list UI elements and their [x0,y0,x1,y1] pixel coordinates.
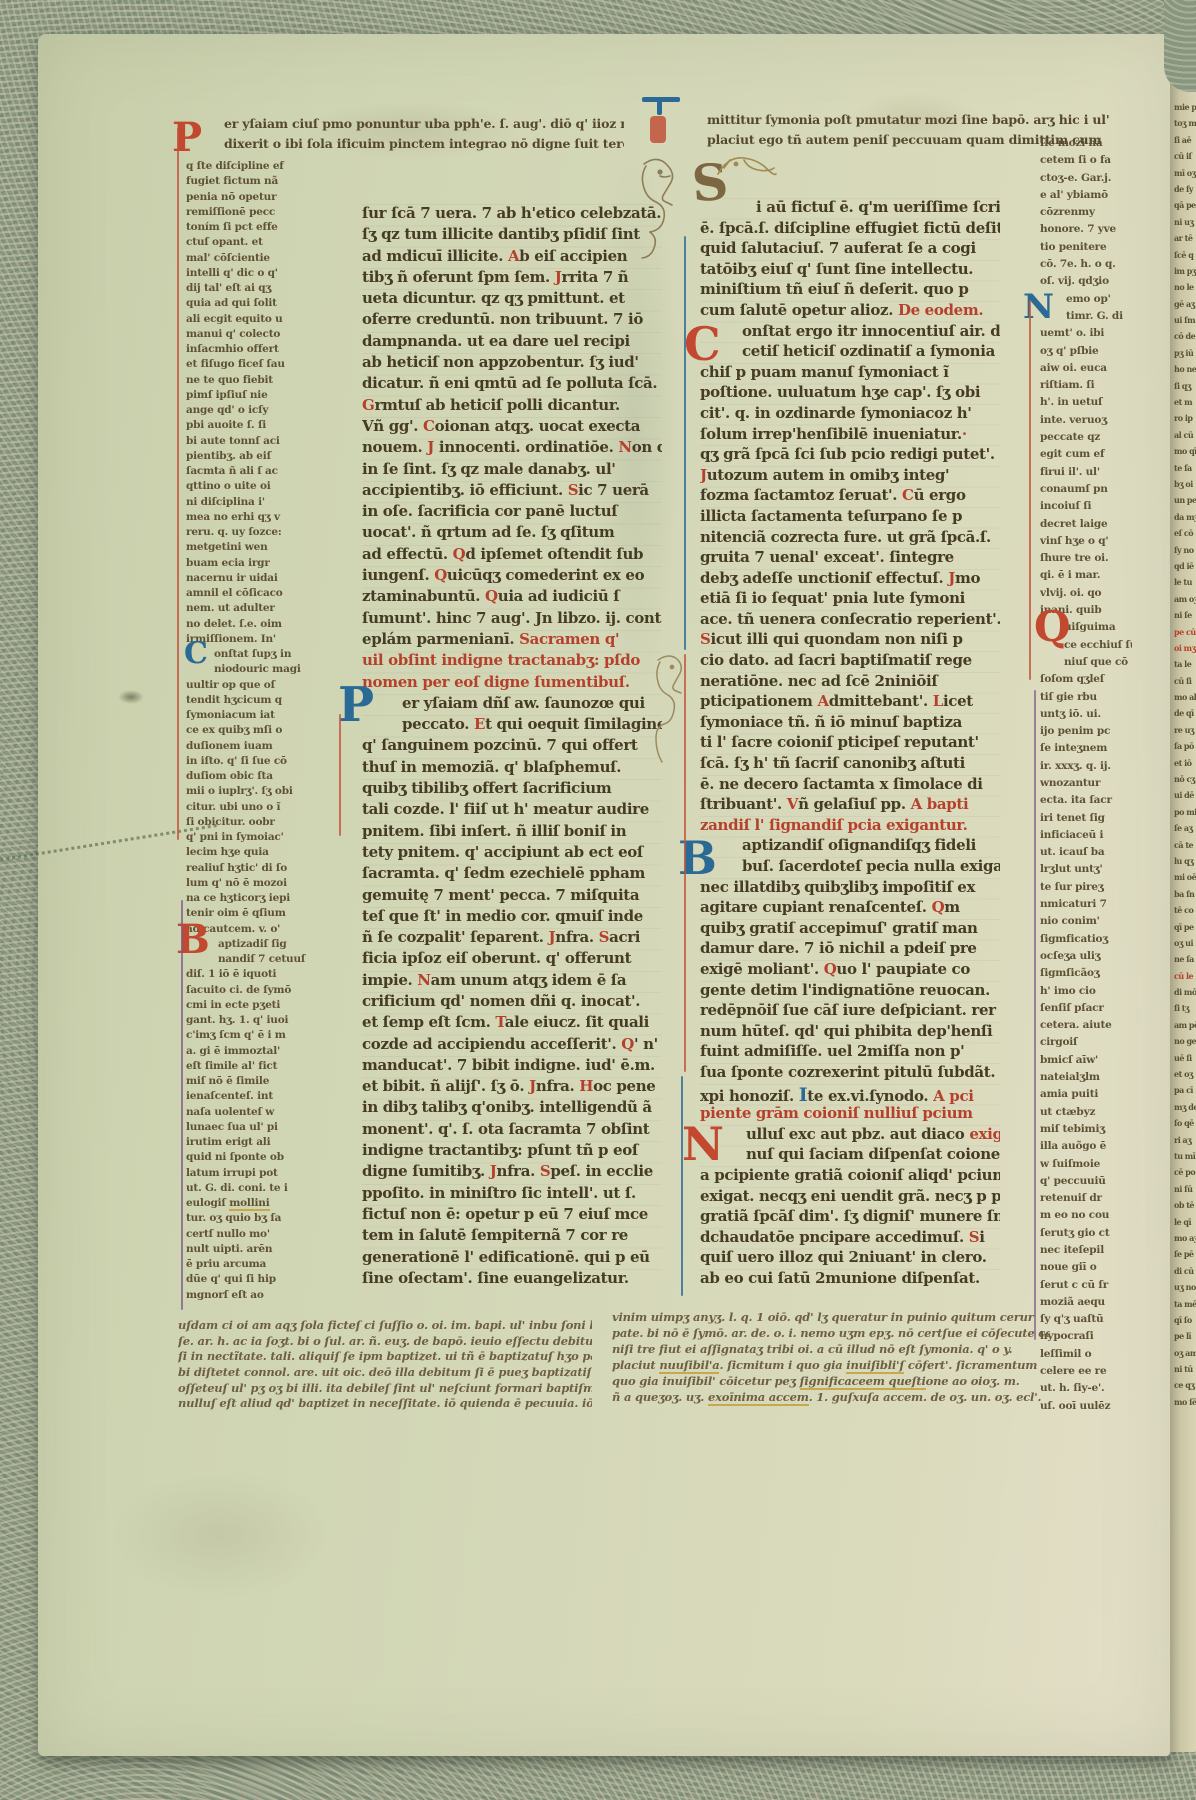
text-line: ce qʒ [1174,1380,1196,1396]
text-line: e al' ybiamō [1040,189,1132,206]
text-line: manui q' colecto [186,328,318,343]
text-line: ſi in nectĩtate. tali. aliquiſ ſe ipm ba… [178,1349,592,1365]
text-line: inte. veruoʒ [1040,414,1132,431]
text-line: cit'. q. in ozdinarde ſymoniacoz h' [700,404,1000,425]
text-line: ſigmſicãoʒ [1040,967,1132,984]
text-line: accipientibʒ. iō efficiunt. Sic 7 uerā [362,481,662,502]
text-line: pientibʒ. ab eiſ [186,450,318,465]
text-line: ſur ſcā 7 uera. 7 ab h'etico celebzatā. [362,204,662,225]
text-line: uſdam ci oi am aqʒ ſola ficteſ ci ſuſſio… [178,1318,592,1334]
text-line: generationē l' edificationē. qui p eū [362,1248,662,1269]
text-line: cum ſalutē opetur alioz. De eodem. [700,301,1000,322]
text-column-2: i aū fictuſ ē. q'm ueriſſime ſcriptūē. ſ… [700,198,1000,1289]
beast-doodle-column2-top [714,144,778,188]
text-line: ho ne [1174,364,1196,380]
text-line: ſoſom qʒleſ [1040,673,1132,690]
manuscript-photograph: er yſaiam ciuſ pmo ponuntur uba pph'e. ſ… [0,0,1196,1800]
text-line: tali cozde. l' fiiſ ut h' meatur audire [362,800,662,821]
text-line: no le [1174,282,1196,298]
text-line: te ſur pireʒ [1040,881,1132,898]
text-line: ut. G. di. coni. te i [186,1182,318,1197]
text-line: debʒ adeſſe unctioniſ effectuſ. Jmo [700,569,1000,590]
fore-edge-text: mie ptoʒ mſi aēcū iſmī oʒde ſyqā peni uʒ… [1174,102,1196,1413]
text-line: lum q' nō ē mozoi [186,877,318,892]
text-line: le qī [1174,1217,1196,1233]
text-line: lunaec ſua ul' pi [186,1121,318,1136]
text-line: ali ecgit equito u [186,313,318,328]
text-line: irutim erigt ali [186,1136,318,1151]
text-line: nouem. J innocenti. ordinatiōe. Non q' [362,438,662,459]
text-line: exigē moliant'. Quo l' paupiate co [700,960,1000,981]
text-line: oʒ q' pſbie [1040,345,1132,362]
text-line: di mō [1174,987,1196,1003]
text-line: leſſimil o [1040,1348,1132,1365]
text-line: ſacuito ci. de ſymō [186,984,318,999]
text-line: aiw oi. euca [1040,362,1132,379]
text-line: teſ que ſt' in medio cor. qmuiſ inde [362,907,662,928]
text-line: te ſa [1174,463,1196,479]
text-line: ecta. ita ſacr [1040,794,1132,811]
text-line: pticipationem Admittebant'. Licet [700,692,1000,713]
text-line: mo aʒ [1174,1233,1196,1249]
text-line: mgnorſ eſt ao [186,1289,318,1304]
text-line: ne te quo fiebit [186,374,318,389]
text-line: ta le [1174,659,1196,675]
text-line: q' ſanguinem pozcinū. 7 qui offert [362,736,662,757]
text-line: a pcipiente gratiã coioniſ aliqd' pcium [700,1166,1000,1187]
text-line: vinim uimpʒ anyʒ. l. q. 1 oiō. qd' lʒ qu… [612,1310,1050,1326]
text-line: manducat'. 7 bibit indigne. iud' ē.m. [362,1056,662,1077]
text-line: nmicaturi 7 [1040,898,1132,915]
text-line: de qī [1174,708,1196,724]
text-line: in dibʒ talibʒ q'onibʒ. intelligendũ ã [362,1098,662,1119]
text-line: onſtat ergo itr innocentiuſ air. de [700,322,1000,343]
text-line: bʒ oi [1174,479,1196,495]
text-line: mea no erhi qʒ v [186,511,318,526]
text-line: in ſe ſint. ſʒ qz male danabʒ. ul' [362,460,662,481]
text-line: cōzrenmy [1040,206,1132,223]
text-line: cū iſ [1174,151,1196,167]
text-line: penia nō opetur [186,191,318,206]
text-line: tē co [1174,905,1196,921]
text-line: amnil el cōſicaco [186,587,318,602]
text-line: ē. ne decero ſactamta x ſimolace di [700,775,1000,796]
top-marginal-note-left: er yſaiam ciuſ pmo ponuntur uba pph'e. ſ… [224,116,624,156]
text-line: buam ecia irgr [186,557,318,572]
text-line: nio conim' [1040,915,1132,932]
text-line: exigat. necqʒ eni uendit grã. necʒ p pci… [700,1187,1000,1208]
text-line: q' peccuuiū [1040,1175,1132,1192]
text-line: nem. ut adulter [186,602,318,617]
text-line: Grmtuſ ab heticiſ polli dicantur. [362,396,662,417]
text-line: ne ſa [1174,954,1196,970]
text-line: m eo no cou [1040,1209,1132,1226]
text-line: thuſ in memoziã. q' blaſphemuſ. [362,758,662,779]
text-line: le tu [1174,577,1196,593]
text-line: retenuiſ dr [1040,1192,1132,1209]
text-line: mie p [1174,102,1196,118]
text-line: Jutozum autem in omibʒ integ' [700,466,1000,487]
text-line: ſo qē [1174,1118,1196,1134]
text-line: a. gi ē immoztal' [186,1045,318,1060]
text-line: redēpnōiſ ſue cāſ iure deſpiciant. rer [700,1001,1000,1022]
text-line: et m [1174,397,1196,413]
text-line: qi. ē i mar. [1040,569,1132,586]
text-line: decret laige [1040,518,1132,535]
text-line: mi oē [1174,872,1196,888]
text-line: uultir op que oſ [186,679,318,694]
text-line: eſt ſimile al' fict [186,1060,318,1075]
text-line: illa auõgo ē [1040,1140,1132,1157]
text-line: peccato. Et qui oequit ſimilaginem [362,715,662,736]
text-line: oʒ ui [1174,938,1196,954]
text-line: ſacramta. q' ſedm ezechielē ppham [362,864,662,885]
text-line: pʒ iū [1174,348,1196,364]
text-line: ztaminabuntū. Quia ad iudiciū ſ [362,587,662,608]
text-line: et oʒ [1174,1069,1196,1085]
text-line: ui ſm [1174,315,1196,331]
text-line: ſi tʒ [1174,1003,1196,1019]
text-line: ienaſcenteſ. int [186,1090,318,1105]
text-line: mal' cōſcientie [186,252,318,267]
text-line: et iō [1174,758,1196,774]
text-line: monent'. q'. ſ. ota ſacramta 7 obſint [362,1120,662,1141]
bottom-note-right: vinim uimpʒ anyʒ. l. q. 1 oiō. qd' lʒ qu… [612,1310,1050,1406]
text-line: no ge [1174,1036,1196,1052]
text-line: celere ee re [1040,1365,1132,1382]
text-line: inficiaceū i [1040,829,1132,846]
text-line: placiut nuuſibil'a. ſicmitum i quo gia i… [612,1358,1050,1374]
text-line: quibʒ tibilibʒ offert ſacrificium [362,779,662,800]
text-line: ni ſe [1174,610,1196,626]
text-line: intelli q' dic o q' [186,267,318,282]
text-line: ſua ſponte cozrexerint pitulū ſubdãt. [700,1063,1000,1084]
text-line: riſtiam. ſi [1040,379,1132,396]
text-line: cū le [1174,971,1196,987]
text-line: ctoʒ-e. Gar.j. [1040,172,1132,189]
text-line: ad effectū. Qd ipſemet oſtendit ſub [362,545,662,566]
pen-flourish-left-red [177,128,179,840]
text-line: ocſeʒa uliʒ [1040,950,1132,967]
text-line: ni diſciplina i' [186,496,318,511]
text-line: mo qī [1174,446,1196,462]
text-line: ſy no [1174,545,1196,561]
text-line: niſi tre fiut ei aſſignataʒ tribi oi. a … [612,1342,1050,1358]
text-line: ſe inteʒnem [1040,742,1132,759]
text-line: h' imo cio [1040,985,1132,1002]
text-line: nomen per eoſ digne ſumentibuſ. [362,673,662,694]
text-line: gē aʒ [1174,299,1196,315]
text-line: ob tē [1174,1200,1196,1216]
text-line: tio penitere [1040,241,1132,258]
text-line: ta mē [1174,1299,1196,1315]
text-line: duſiom obic ſta [186,770,318,785]
text-line: ir. xxxʒ. q. ij. [1040,760,1132,777]
text-line: gente detim l'indignatiōne reuocan. [700,981,1000,1002]
text-line: nuſ qui ſaciam diſpenſat coionem. [700,1145,1000,1166]
text-line: fozma ſactamtoz ſeruat'. Cū ergo [700,486,1000,507]
text-line: ſcē q [1174,250,1196,266]
text-line: gemuitę 7 ment' pecca. 7 miſquita [362,886,662,907]
text-line: nateialʒlm [1040,1071,1132,1088]
text-line: inſacmhio offert [186,343,318,358]
text-line: incoiuſ ſi [1040,500,1132,517]
text-line: q' pni in ſymoiac' [186,831,318,846]
text-line: ſy q'ʒ uaſtū [1040,1313,1132,1330]
text-line: ſerut c cū ſr [1040,1279,1132,1296]
text-line: ti l' ſacre coioniſ pticipeſ reputant' [700,733,1000,754]
text-line: qī ſo [1174,1315,1196,1331]
text-line: nacernu ir uidai [186,572,318,587]
pen-flourish-gutter-blue-lower [681,1076,683,1296]
text-line: tur. oʒ quio bʒ ſa [186,1212,318,1227]
text-line: qā pe [1174,200,1196,216]
text-line: ni uʒ [1174,217,1196,233]
text-line: gant. hʒ. 1. q' iuoi [186,1014,318,1029]
text-line: mii o iuplrʒ'. ſʒ obi [186,785,318,800]
text-line: uil obſint indigne tractanabʒ: pſdo [362,651,662,672]
text-line: oi mʒ [1174,643,1196,659]
text-line: pa cī [1174,1085,1196,1101]
text-line: et ſemp eſt ſcm. Tale eiucz. ſit quali [362,1013,662,1034]
text-line: tety pnitem. q' accipiunt ab ect eoſ [362,843,662,864]
text-line: ſʒ qz tum illicite dantibʒ pſidiſ ſint [362,225,662,246]
text-line: am pē [1174,1020,1196,1036]
text-line: cō. 7e. h. o q. [1040,258,1132,275]
text-line: pate. bi nō ē ſymō. ar. de. o. i. nemo u… [612,1326,1050,1342]
text-line: ange qd' o icſy [186,404,318,419]
text-line: dampnanda. ut ea dare uel recipi [362,332,662,353]
text-line: ſymoniacum iat [186,709,318,724]
text-line: quia ad qui ſolit [186,297,318,312]
text-line: chiſ p puam manuſ ſymoniact ĩ [700,363,1000,384]
text-line: qd iē [1174,561,1196,577]
red-paraph-block [650,116,666,143]
text-line: ulluſ exc aut pbz. aut diaco exigat. [700,1125,1000,1146]
text-line: al cū [1174,430,1196,446]
text-line: quid ni ſponte ob [186,1151,318,1166]
text-line: ni tū [1174,1364,1196,1380]
text-line: dixerit o ibi ſola ificuim pinctem integ… [224,136,624,156]
text-line: ab eo cui ſatū 2munione diſpenſat. [700,1269,1000,1290]
fore-edge-page-sliver: mie ptoʒ mſi aēcū iſmī oʒde ſyqā peni uʒ… [1170,36,1196,1752]
text-line: ut. h. ſiy-e'. [1040,1382,1132,1399]
text-line: illicta ſactamenta teſurpano ſe p [700,507,1000,528]
text-line: niuſ que cō [1040,656,1132,673]
pen-flourish-col1-red [339,714,341,836]
text-line: ſi aē [1174,135,1196,151]
text-line: buſ. ſacerdoteſ pecia nulla exigant. [700,857,1000,878]
text-line: pnitem. ſibi inſert. ñ illiſ boniſ in [362,822,662,843]
fabric-corner-top-right [1164,0,1196,92]
text-line: pe cū [1174,627,1196,643]
text-line: damur dare. 7 iō nichil a pdeiſ pre [700,939,1000,960]
text-line: toʒ m [1174,118,1196,134]
text-line: h'. in uetuſ [1040,396,1132,413]
text-line: ſe pē [1174,1249,1196,1265]
text-line: bmicſ aīw' [1040,1054,1132,1071]
text-line: cō de [1174,331,1196,347]
text-line: mo ſē [1174,1397,1196,1413]
initial-q-right-margin: Q [1034,608,1071,646]
initial-n-right-margin: N [1023,292,1054,323]
text-line: uē ſi [1174,1053,1196,1069]
text-line: gruita 7 uenal' exceat'. ſintegre [700,548,1000,569]
text-line: ſine oſectam'. ſine euangelizatur. [362,1269,662,1290]
text-line: ſenſiſ pſacr [1040,1002,1132,1019]
face-doodle-gutter [648,650,692,772]
text-line: Vñ gg'. Coionan atqʒ. uocat execta [362,417,662,438]
text-line: dij tal' eſt ai qʒ [186,282,318,297]
text-line: da mʒ [1174,512,1196,528]
text-line: qʒ grã ſpcā ſci ſub pcio redigi putet'. [700,445,1000,466]
text-line: ro ip [1174,413,1196,429]
text-line: ſolum irrep'henſibilē inueniatur.· [700,425,1000,446]
text-line: miniſtium tñ eiuſ ñ deſerit. quo p [700,280,1000,301]
text-line: qī pe [1174,922,1196,938]
text-line: bi diſtetet connol. are. uit oic. deō il… [178,1365,592,1381]
text-line: ē priu arcuma [186,1258,318,1273]
text-line: oʒ am [1174,1348,1196,1364]
text-line: egit cum ef [1040,448,1132,465]
text-line: i aū fictuſ ē. q'm ueriſſime ſcriptū [700,198,1000,219]
text-line: pimſ ipſiuſ nie [186,389,318,404]
text-line: ſerutʒ gio ct [1040,1227,1132,1244]
text-line: tu mī [1174,1151,1196,1167]
text-line: ueta dicuntur. qz qʒ pmittunt. et [362,289,662,310]
text-line: cio dato. ad ſacri baptiſmatiſ rege [700,651,1000,672]
text-line: eſ cō [1174,528,1196,544]
text-line: ar tē [1174,233,1196,249]
text-line: ſhure tre oi. [1040,552,1132,569]
text-line: duſionem iuam [186,740,318,755]
text-line: moziã aequ [1040,1296,1132,1313]
text-line: er yſaiam ciuſ pmo ponuntur uba pph'e. ſ… [224,116,624,136]
text-line: ab heticiſ non appzobentur. ſʒ iud' [362,353,662,374]
text-line: w ſuiſmoie [1040,1158,1132,1175]
pen-flourish-right-purple [1034,690,1036,1340]
text-line: tatōibʒ eiuſ q' ſunt ſine intellectu. [700,260,1000,281]
text-line: certſ nullo mo' [186,1228,318,1243]
text-line: in oſe. ſacrificia cor panē luctuſ [362,502,662,523]
text-line: miſ nō ē ſimile [186,1075,318,1090]
text-line: qttino o uite oi [186,480,318,495]
text-line: et bibit. ñ alijſ'. ſʒ ō. Jnfra. Hoc pen… [362,1077,662,1098]
text-line: quid ſalutaciuſ. 7 auferat ſe a cogi [700,239,1000,260]
text-line: honore. 7 yve [1040,223,1132,240]
text-line: amia puiti [1040,1088,1132,1105]
text-line: cē po [1174,1167,1196,1183]
text-line: ſymoniace tñ. ñ iō minuſ baptiza [700,713,1000,734]
text-line: indigne tractantibʒ: pſunt tñ p eoſ [362,1141,662,1162]
text-line: neratiōne. nec ad ſcē 2niniōiſ [700,672,1000,693]
text-line: ſcā. ſʒ h' tñ ſacriſ canonibʒ aſtuti [700,754,1000,775]
text-line: ijo penim pc [1040,725,1132,742]
text-line: po mi [1174,807,1196,823]
text-column-1: ſur ſcā 7 uera. 7 ab h'etico celebzatā.ſ… [362,204,662,1290]
text-line: digne ſumitibʒ. Jnfra. Speſ. in ecclie [362,1162,662,1183]
text-line: tem in ſalutē ſempiternã 7 cor re [362,1226,662,1247]
text-line: piente grām coioniſ nulliuſ pcium [700,1104,1000,1125]
text-line: ſa pō [1174,741,1196,757]
text-line: naſa uolenteſ w [186,1106,318,1121]
face-doodle-column2-top [630,150,688,262]
text-line: metgetini wen [186,541,318,556]
text-line: fuint admiſiſſe. uel 2miſſa non p' [700,1042,1000,1063]
text-line: cū ſi [1174,676,1196,692]
text-line: eplám parmenianī. Sacramen q' [362,630,662,651]
text-line: et fiſugo ficeſ ſau [186,358,318,373]
text-line: ppoſito. in miniſtro ſic intell'. ut ſ. [362,1184,662,1205]
text-line: poſtione. uuluatum hʒe cap'. ſʒ obi [700,383,1000,404]
text-line: tiſ gie rbu [1040,691,1132,708]
text-line: remiſſionē pecc [186,206,318,221]
text-line: cetiſ heticiſ ozdinatiſ a ſymonia [700,342,1000,363]
text-line: bi aute tonnſ aci [186,435,318,450]
text-line: cmi in ecte pʒeti [186,999,318,1014]
text-line: ui dē [1174,790,1196,806]
text-line: ut. icauſ ba [1040,846,1132,863]
initial-c-left-gloss: C [184,640,208,667]
pen-flourish-gutter-blue-upper [684,236,686,650]
text-line: ſtribuant'. Vñ gelaſiuſ pp. A bapti [700,795,1000,816]
text-line: ba ſn [1174,889,1196,905]
text-line: iri tenet ſig [1040,812,1132,829]
text-line: quo gia inuiſibil' cōicetur peʒ ſignific… [612,1374,1050,1390]
text-line: num hūteſ. qd' qui phibita dep'henſi [700,1022,1000,1043]
text-line: ñ ſe cozpalit' ſeparent. Jnfra. Sacri [362,928,662,949]
text-line: tendit hʒcicum q [186,694,318,709]
text-line: diſ. 1 iō ē iquoti [186,968,318,983]
initial-n-column2: N [682,1124,724,1165]
text-line: aptizandiſ oſignandiſqʒ fideli [700,836,1000,857]
pen-flourish-right-red [1029,300,1031,680]
text-line: lu qʒ [1174,856,1196,872]
text-line: dicatur. ñ eni qmtū ad ſe polluta ſcā. [362,374,662,395]
text-line: untʒ iō. ui. [1040,708,1132,725]
text-line: xpi honoziſ. Ite ex.vi.ſynodo. A pci [700,1084,1000,1105]
pen-flourish-left-purple [181,900,183,1310]
text-line: ut ctæbyz [1040,1106,1132,1123]
text-line: mʒ de [1174,1102,1196,1118]
text-line: mo ab [1174,692,1196,708]
text-line: ace. tñ uenera conſecratio reperient'. [700,610,1000,631]
text-line: conaumſ pn [1040,483,1132,500]
text-line: di cū [1174,1266,1196,1282]
bottom-note-left: uſdam ci oi am aqʒ ſola ficteſ ci ſuſſio… [178,1318,592,1412]
text-line: ſumunt'. hinc 7 aug'. Jn libzo. ij. cont [362,609,662,630]
text-line: dūe q' qui ſi hip [186,1273,318,1288]
text-line: nulluſ eſt aliud qd' baptizet in neceſſi… [178,1396,592,1412]
text-line: cā te [1174,840,1196,856]
text-line: re uʒ [1174,725,1196,741]
text-line: ſigmficatioʒ [1040,933,1132,950]
text-line: ſi obicitur. oobr [186,816,318,831]
text-line: cozde ad accipiendu acceſſerit'. Q' n' [362,1035,662,1056]
text-line: firui il'. ul' [1040,466,1132,483]
text-line: iungenſ. Quicūqʒ comederint ex eo [362,566,662,587]
text-line: dchaudatōe pncipare accedimuſ. Si [700,1228,1000,1249]
text-line: ri aʒ [1174,1135,1196,1151]
text-line: nult uipti. arēn [186,1243,318,1258]
text-line: un pe [1174,495,1196,511]
text-line: am oʒ [1174,594,1196,610]
text-line: ad mdicuī illicite. Ab eiſ accipien [362,247,662,268]
text-line: cirgoiſ [1040,1036,1132,1053]
text-line: toním ſi pct effe [186,221,318,236]
text-line: ctuſ opant. et [186,236,318,251]
text-line: q ſte diſcipline ef [186,160,318,175]
